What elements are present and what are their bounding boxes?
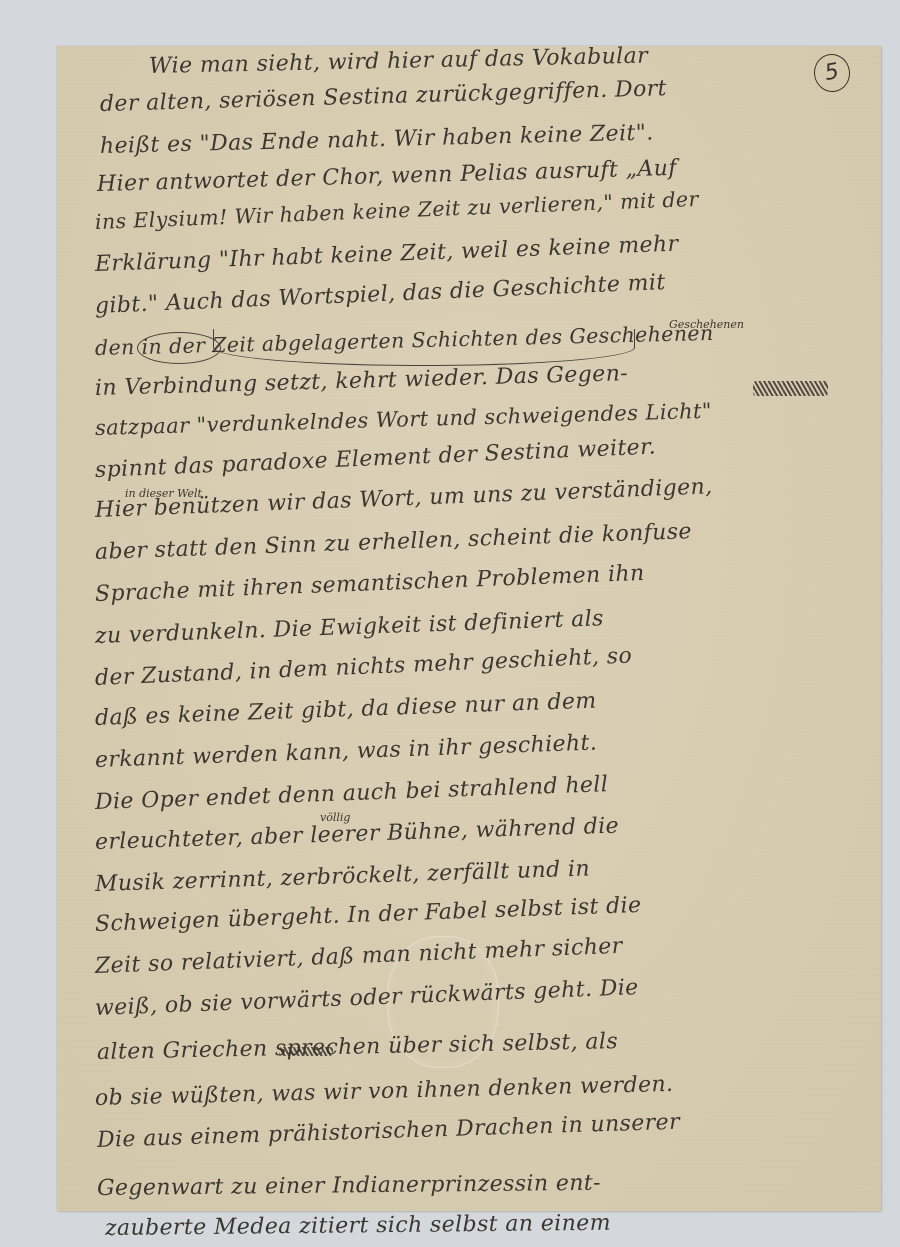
text-line-29: zauberte Medea zitiert sich selbst an ei… (105, 1211, 611, 1241)
text-line-26: ob sie wüßten, was wir von ihnen denken … (95, 1072, 674, 1111)
struck-out-word (753, 381, 828, 396)
text-line-23: Zeit so relativiert, daß man nicht mehr … (95, 934, 624, 979)
text-line-12: Hier benützen wir das Wort, um uns zu ve… (95, 474, 713, 523)
circled-phrase-in-der-zeit (137, 332, 221, 364)
text-line-11: spinnt das paradoxe Element der Sestina … (94, 435, 656, 483)
text-line-3: heißt es "Das Ende naht. Wir haben keine… (100, 120, 654, 159)
text-line-21: Musik zerrinnt, zerbröckelt, zerfällt un… (95, 856, 591, 897)
text-line-16: der Zustand, in dem nichts mehr geschieh… (94, 644, 632, 691)
text-line-9: in Verbindung setzt, kehrt wieder. Das G… (95, 361, 629, 401)
text-line-10: satzpaar "verdunkelndes Wort und schweig… (95, 399, 713, 440)
text-line-17: daß es keine Zeit gibt, da diese nur an … (95, 688, 597, 731)
loop-annotation-line (213, 329, 635, 366)
text-line-7: gibt." Auch das Wortspiel, das die Gesch… (94, 270, 666, 319)
text-line-19: Die Oper endet denn auch bei strahlend h… (95, 772, 609, 815)
text-line-22: Schweigen übergeht. In der Fabel selbst … (95, 893, 642, 937)
text-line-25: alten Griechen sprechen über sich selbst… (97, 1029, 619, 1065)
text-line-27: Die aus einem prähistorischen Drachen in… (97, 1110, 681, 1153)
page-number-circled: 5 (811, 51, 853, 95)
text-line-6: Erklärung "Ihr habt keine Zeit, weil es … (95, 232, 679, 277)
text-line-18: erkannt werden kann, was in ihr geschieh… (95, 730, 598, 773)
text-line-1: Wie man sieht, wird hier auf das Vokabul… (149, 44, 649, 79)
struck-out-word (279, 1047, 333, 1056)
manuscript-page: 5 Wie man sieht, wird hier auf das Vokab… (57, 46, 881, 1211)
text-line-13: aber statt den Sinn zu erhellen, scheint… (95, 519, 693, 565)
text-line-2: der alten, seriösen Sestina zurückgegrif… (100, 76, 668, 117)
text-line-20: erleuchteter, aber leerer Bühne, während… (95, 814, 620, 855)
text-line-14: Sprache mit ihren semantischen Problemen… (95, 561, 646, 607)
text-line-24: weiß, ob sie vorwärts oder rückwärts geh… (95, 975, 640, 1021)
text-line-28: Gegenwart zu einer Indianerprinzessin en… (97, 1171, 601, 1201)
text-line-15: zu verdunkeln. Die Ewigkeit ist definier… (95, 606, 605, 649)
insertion-geschehenen: Geschehenen (669, 318, 744, 331)
